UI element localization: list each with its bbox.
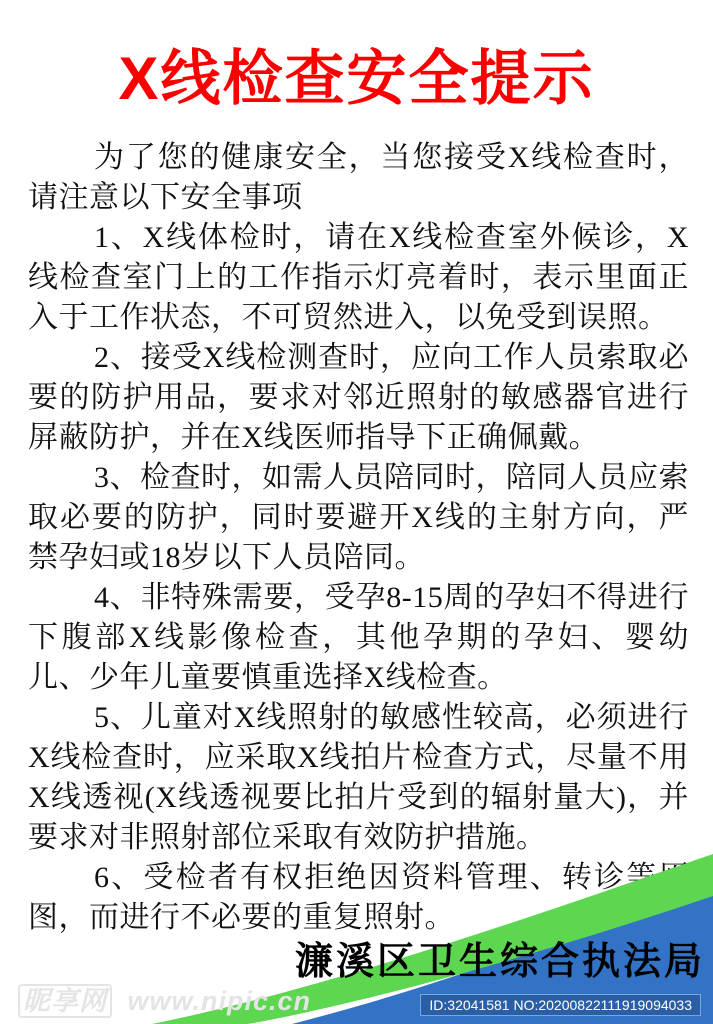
site-watermark: 昵享网 www.nipic.cn	[18, 986, 311, 1016]
notice-paragraph-1: 1、X线体检时，请在X线检查室外候诊，X线检查室门上的工作指示灯亮着时，表示里面…	[28, 218, 689, 338]
poster-page: X线检查安全提示 为了您的健康安全，当您接受X线检查时，请注意以下安全事项 1、…	[0, 0, 713, 1024]
page-title: X线检查安全提示	[0, 40, 713, 118]
issuing-authority-signature: 濂溪区卫生综合执法局	[295, 930, 705, 985]
notice-intro-paragraph: 为了您的健康安全，当您接受X线检查时，请注意以下安全事项	[28, 138, 689, 218]
watermark-logo: 昵享网	[18, 984, 112, 1018]
notice-body: 为了您的健康安全，当您接受X线检查时，请注意以下安全事项 1、X线体检时，请在X…	[28, 138, 689, 938]
notice-paragraph-2: 2、接受X线检测查时，应向工作人员索取必要的防护用品，要求对邻近照射的敏感器官进…	[28, 338, 689, 458]
notice-paragraph-3: 3、检查时，如需人员陪同时，陪同人员应索取必要的防护，同时要避开X线的主射方向，…	[28, 458, 689, 578]
stock-id-badge: ID:32041581 NO:20200822111919094033	[420, 994, 701, 1016]
watermark-url: www.nipic.cn	[128, 986, 312, 1016]
notice-paragraph-6: 6、受检者有权拒绝因资料管理、转诊等原图，而进行不必要的重复照射。	[28, 858, 689, 938]
notice-paragraph-5: 5、儿童对X线照射的敏感性较高，必须进行X线检查时，应采取X线拍片检查方式，尽量…	[28, 698, 689, 858]
notice-paragraph-4: 4、非特殊需要，受孕8-15周的孕妇不得进行下腹部X线影像检查，其他孕期的孕妇、…	[28, 578, 689, 698]
